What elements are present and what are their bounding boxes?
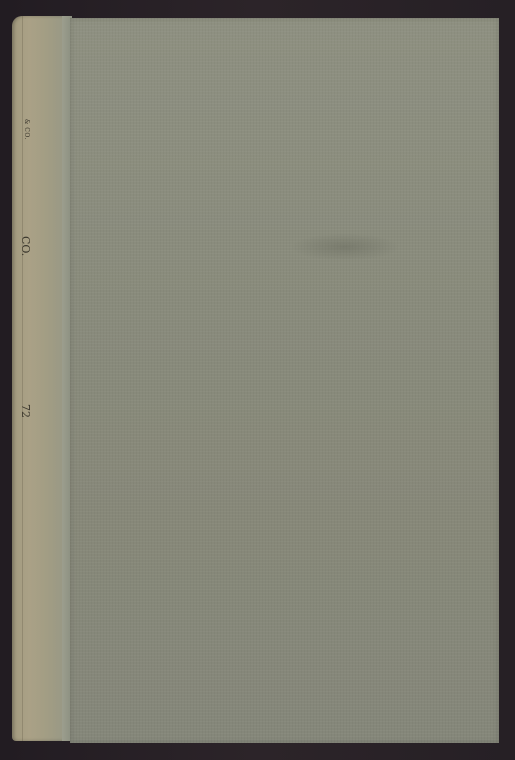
book: & CO. CO. 72 [12,16,499,743]
spine-year-text: 72 [19,404,32,418]
book-front-cover [70,18,499,743]
spine-publisher-text: & CO. [23,119,30,140]
cover-stain [290,233,400,261]
spine-title-text: CO. [19,236,32,256]
